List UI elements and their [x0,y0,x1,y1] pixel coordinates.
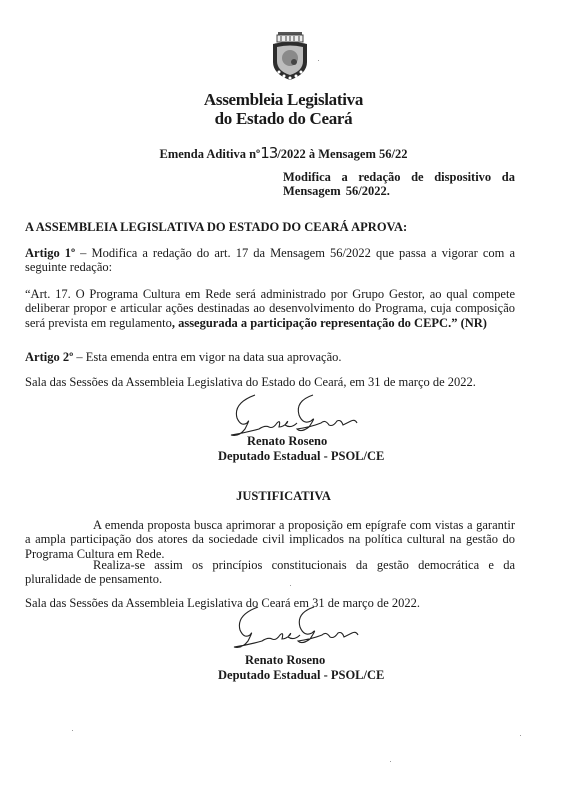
signer-name-2: Renato Roseno [245,653,325,668]
scan-speck [72,730,73,731]
scan-speck [452,568,453,569]
artigo-1-label: Artigo 1º [25,246,75,260]
artigo-2: Artigo 2º – Esta emenda entra em vigor n… [25,350,515,364]
handwritten-amendment-number: 13 [260,144,277,162]
scan-speck [318,60,319,61]
artigo-1: Artigo 1º – Modifica a redação do art. 1… [25,246,515,275]
quote-bold-text: , assegurada a participação representaçã… [172,316,487,330]
signer-name-1: Renato Roseno [247,434,327,449]
ementa: Modifica a redação de dispositivo da Men… [283,170,515,198]
justificativa-paragraph-2: Realiza-se assim os princípios constituc… [25,558,515,587]
scan-speck [332,310,333,311]
justificativa-heading: JUSTIFICATIVA [0,489,567,504]
justificativa-paragraph-1: A emenda proposta busca aprimorar a prop… [25,518,515,561]
ceara-coat-of-arms-icon [265,30,315,82]
artigo-1-text: – Modifica a redação do art. 17 da Mensa… [25,246,515,274]
justificativa-paragraph-2-text: Realiza-se assim os princípios constituc… [25,558,515,586]
artigo-2-text: – Esta emenda entra em vigor na data sua… [73,350,341,364]
signer-role-1: Deputado Estadual - PSOL/CE [218,449,384,464]
artigo-2-label: Artigo 2º [25,350,73,364]
article-17-quote: “Art. 17. O Programa Cultura em Rede ser… [25,287,515,330]
handwritten-signature-icon [228,605,368,655]
approval-heading: A ASSEMBLEIA LEGISLATIVA DO ESTADO DO CE… [25,220,407,235]
scan-speck [290,585,291,586]
institution-name-line2: do Estado do Ceará [0,109,567,128]
sessions-hall-date-1: Sala das Sessões da Assembleia Legislati… [25,375,525,389]
title-prefix: Emenda Aditiva nº [160,147,261,161]
scan-speck [228,98,229,99]
title-suffix: /2022 à Mensagem 56/22 [277,147,407,161]
document-title: Emenda Aditiva nº13/2022 à Mensagem 56/2… [0,144,567,162]
scan-speck [390,761,391,762]
scan-speck [520,735,521,736]
institution-name-line1: Assembleia Legislativa [0,90,567,109]
scan-speck [60,380,61,381]
signer-role-2: Deputado Estadual - PSOL/CE [218,668,384,683]
justificativa-paragraph-1-text: A emenda proposta busca aprimorar a prop… [25,518,515,561]
